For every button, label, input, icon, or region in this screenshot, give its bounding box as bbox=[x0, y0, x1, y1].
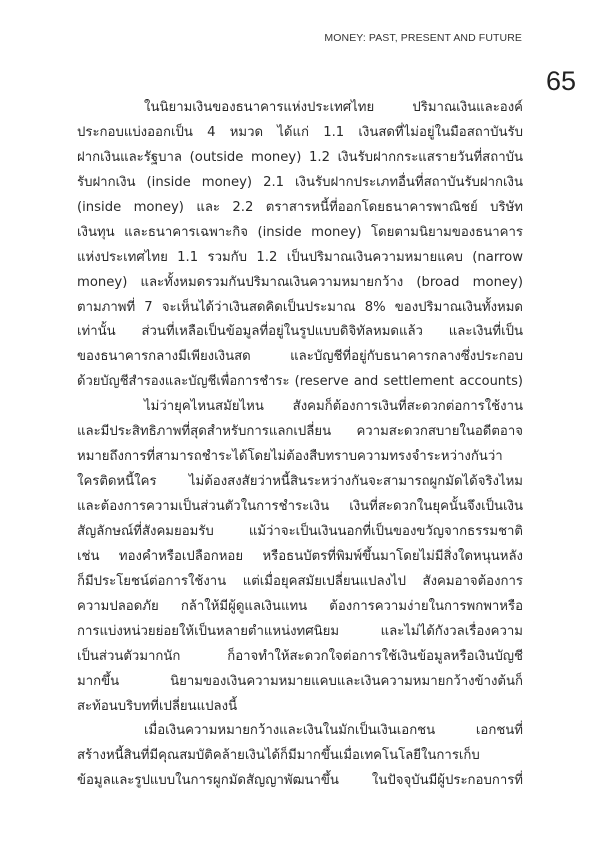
text-line: ใครติดหนี้ใคร ไม่ต้องสงสัยว่าหนี้สินระหว… bbox=[77, 470, 523, 495]
text-line: เท่านั้น ส่วนที่เหลือเป็นข้อมูลที่อยู่ใน… bbox=[77, 320, 523, 345]
text-line: ด้วยบัญชีสำรองและบัญชีเพื่อการชำระ (rese… bbox=[77, 370, 523, 395]
text-line: แห่งประเทศไทย 1.1 รวมกับ 1.2 เป็นปริมาณเ… bbox=[77, 246, 523, 271]
text-line: ฝากเงินและรัฐบาล (outside money) 1.2 เงิ… bbox=[77, 146, 523, 171]
paragraph-first-line: ไม่ว่ายุคไหนสมัยไหน สังคมก็ต้องการเงินที… bbox=[77, 395, 523, 420]
text-line: ตามภาพที่ 7 จะเห็นได้ว่าเงินสดคิดเป็นประ… bbox=[77, 296, 523, 321]
text-line: ของธนาคารกลางมีเพียงเงินสด และบัญชีที่อย… bbox=[77, 345, 523, 370]
text-line: ก็มีประโยชน์ต่อการใช้งาน แต่เมื่อยุคสมัย… bbox=[77, 570, 523, 595]
text-line: และต้องการความเป็นส่วนตัวในการชำระเงิน เ… bbox=[77, 495, 523, 520]
text-line: สะท้อนบริบทที่เปลี่ยนแปลงนี้ bbox=[77, 695, 523, 720]
text-line: หมายถึงการที่สามารถชำระได้โดยไม่ต้องสืบท… bbox=[77, 445, 523, 470]
page-number: 65 bbox=[546, 66, 576, 97]
paragraph-first-line: ในนิยามเงินของธนาคารแห่งประเทศไทย ปริมาณ… bbox=[77, 96, 523, 121]
body-text: ในนิยามเงินของธนาคารแห่งประเทศไทย ปริมาณ… bbox=[77, 96, 523, 794]
text-line: สร้างหนี้สินที่มีคุณสมบัติคล้ายเงินได้ก็… bbox=[77, 744, 523, 769]
text-line: รับฝากเงิน (inside money) 2.1 เงินรับฝาก… bbox=[77, 171, 523, 196]
text-line: (inside money) และ 2.2 ตราสารหนี้ที่ออกโ… bbox=[77, 196, 523, 221]
text-line: เป็นส่วนตัวมากนัก ก็อาจทำให้สะดวกใจต่อกา… bbox=[77, 645, 523, 670]
text-line: money) และทั้งหมดรวมกันปริมาณเงินความหมา… bbox=[77, 271, 523, 296]
running-header: MONEY: PAST, PRESENT AND FUTURE bbox=[324, 32, 522, 44]
text-line: เงินทุน และธนาคารเฉพาะกิจ (inside money)… bbox=[77, 221, 523, 246]
text-line: เช่น ทองคำหรือเปลือกหอย หรือธนบัตรที่พิม… bbox=[77, 545, 523, 570]
text-line: และมีประสิทธิภาพที่สุดสำหรับการแลกเปลี่ย… bbox=[77, 420, 523, 445]
text-line: สัญลักษณ์ที่สังคมยอมรับ แม้ว่าจะเป็นเงิน… bbox=[77, 520, 523, 545]
text-line: ความปลอดภัย กล้าให้มีผู้ดูแลเงินแทน ต้อง… bbox=[77, 595, 523, 620]
text-line: มากขึ้น นิยามของเงินความหมายแคบและเงินคว… bbox=[77, 670, 523, 695]
text-line: ข้อมูลและรูปแบบในการผูกมัดสัญญาพัฒนาขึ้น… bbox=[77, 769, 523, 794]
text-line: การแบ่งหน่วยย่อยให้เป็นหลายตำแหน่งทศนิยม… bbox=[77, 620, 523, 645]
text-line: ประกอบแบ่งออกเป็น 4 หมวด ได้แก่ 1.1 เงิน… bbox=[77, 121, 523, 146]
paragraph-first-line: เมื่อเงินความหมายกว้างและเงินในมักเป็นเง… bbox=[77, 719, 523, 744]
